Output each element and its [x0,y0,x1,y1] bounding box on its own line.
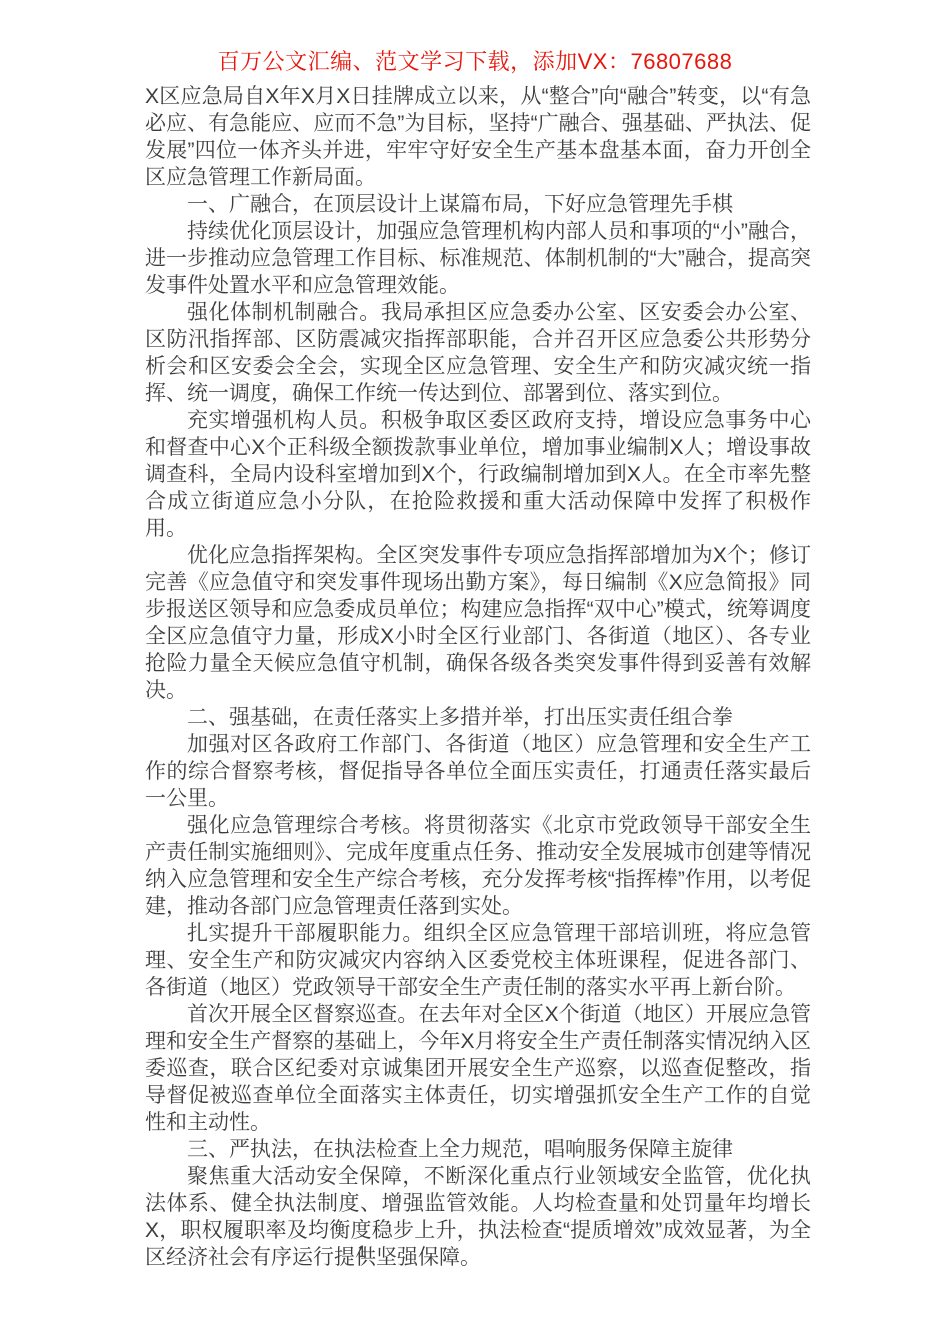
body-paragraph: 首次开展全区督察巡查。在去年对全区X个街道（地区）开展应急管理和安全生产督察的基… [145,1001,811,1136]
body-paragraph: 加强对区各政府工作部门、各街道（地区）应急管理和安全生产工作的综合督察考核，督促… [145,731,811,812]
section-heading-3: 三、严执法，在执法检查上全力规范，唱响服务保障主旋律 [145,1136,811,1163]
body-paragraph: 强化体制机制融合。我局承担区应急委办公室、区安委会办公室、区防汛指挥部、区防震减… [145,299,811,407]
body-paragraph: 聚焦重大活动安全保障，不断深化重点行业领域安全监管，优化执法体系、健全执法制度、… [145,1163,811,1271]
section-heading-1: 一、广融合，在顶层设计上谋篇布局，下好应急管理先手棋 [145,191,811,218]
body-paragraph: 优化应急指挥架构。全区突发事件专项应急指挥部增加为X个；修订完善《应急值守和突发… [145,542,811,704]
section-heading-2: 二、强基础，在责任落实上多措并举，打出压实责任组合拳 [145,704,811,731]
document-body: X区应急局自X年X月X日挂牌成立以来，从“整合”向“融合”转变，以“有急必应、有… [145,83,811,1271]
page-number: 1 [352,1242,372,1262]
document-page: 百万公文汇编、范文学习下载，添加VX：76807688 X区应急局自X年X月X日… [0,0,950,1344]
body-paragraph: 持续优化顶层设计，加强应急管理机构内部人员和事项的“小”融合，进一步推动应急管理… [145,218,811,299]
intro-paragraph: X区应急局自X年X月X日挂牌成立以来，从“整合”向“融合”转变，以“有急必应、有… [145,83,811,191]
body-paragraph: 扎实提升干部履职能力。组织全区应急管理干部培训班，将应急管理、安全生产和防灾减灾… [145,920,811,1001]
body-paragraph: 充实增强机构人员。积极争取区委区政府支持，增设应急事务中心和督查中心X个正科级全… [145,407,811,542]
body-paragraph: 强化应急管理综合考核。将贯彻落实《北京市党政领导干部安全生产责任制实施细则》、完… [145,812,811,920]
header-ad-text: 百万公文汇编、范文学习下载，添加VX：76807688 [0,45,950,76]
